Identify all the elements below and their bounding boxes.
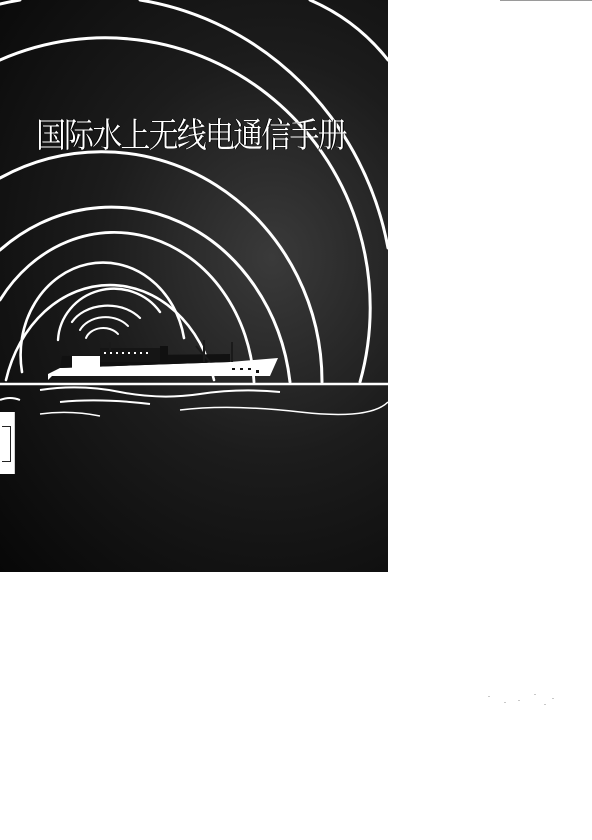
ship-icon [48,340,278,380]
wave-lines [0,387,388,416]
scan-noise-specks [478,690,558,720]
radio-wave-arcs [0,0,388,382]
scan-edge-line [500,0,592,1]
radio-waves-ship-illustration [0,0,388,572]
book-title: 国际水上无线电通信手册 [36,112,326,160]
book-cover: 国际水上无线电通信手册 [0,0,388,572]
library-label-icon [0,412,15,474]
library-label-frame [2,426,11,462]
